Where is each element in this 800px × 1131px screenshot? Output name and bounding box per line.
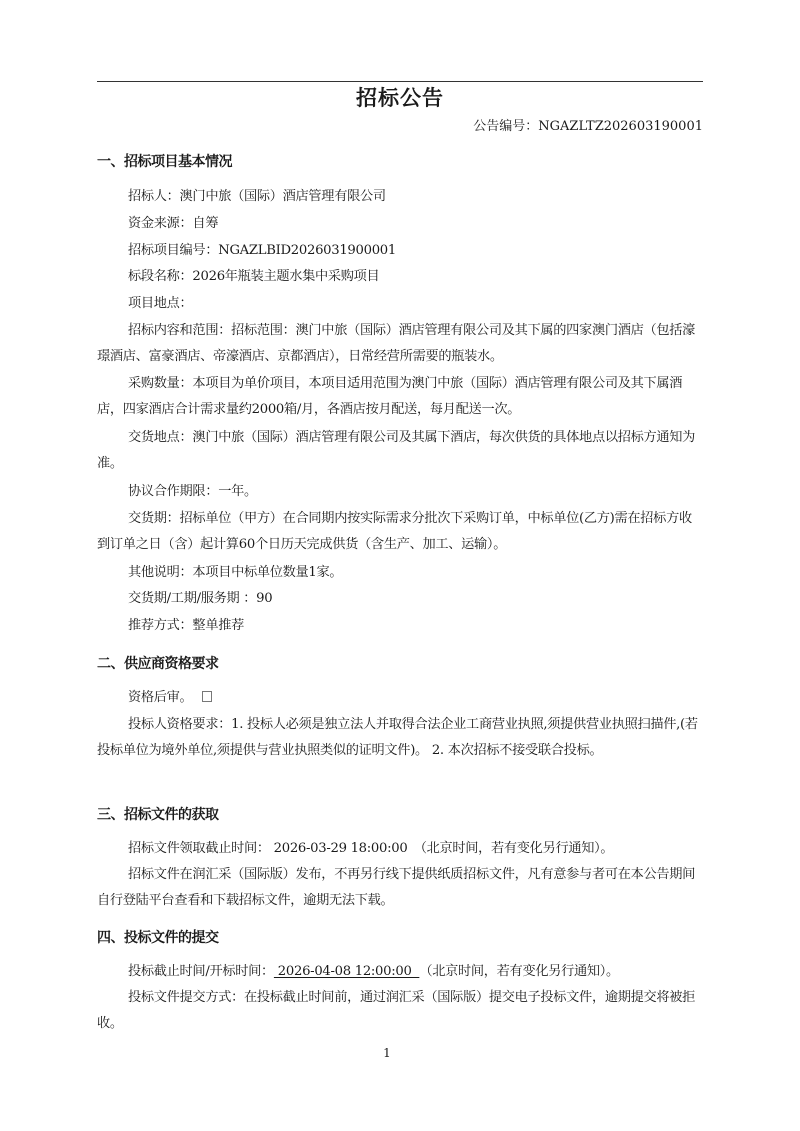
lot-name: 标段名称：2026年瓶装主题水集中采购项目: [128, 264, 703, 290]
notice-number: 公告编号：NGAZLTZ202603190001: [97, 117, 703, 137]
checkbox-icon: [202, 691, 212, 702]
bid-deadline-label: 投标截止时间/开标时间：: [128, 964, 274, 979]
recommendation-method: 推荐方式：整单推荐: [128, 613, 703, 639]
bid-deadline-value: 2026-04-08 12:00:00: [274, 964, 419, 979]
other-notes: 其他说明：本项目中标单位数量1家。: [128, 560, 703, 586]
section-heading-submission: 四、投标文件的提交: [97, 928, 219, 948]
review-mode-text: 资格后审。: [128, 690, 192, 705]
agreement-term: 协议合作期限：一年。: [128, 479, 703, 505]
delivery-location: 交货地点：澳门中旅（国际）酒店管理有限公司及其属下酒店，每次供货的具体地点以招标…: [97, 425, 703, 477]
document-publish-note: 招标文件在润汇采（国际版）发布，不再另行线下提供纸质招标文件，凡有意参与者可在本…: [97, 862, 703, 914]
submission-method: 投标文件提交方式：在投标截止时间前，通过润汇采（国际版）提交电子投标文件，逾期提…: [97, 985, 703, 1037]
purchase-quantity: 采购数量：本项目为单价项目，本项目适用范围为澳门中旅（国际）酒店管理有限公司及其…: [97, 371, 703, 423]
bid-deadline-suffix: （北京时间，若有变化另行通知）。: [419, 964, 619, 979]
section-heading-basic-info: 一、招标项目基本情况: [97, 152, 232, 172]
delivery-period: 交货期：招标单位（甲方）在合同期内按实际需求分批次下采购订单，中标单位(乙方)需…: [97, 506, 703, 558]
fund-source: 资金来源：自筹: [128, 211, 703, 237]
header-rule: [97, 81, 703, 82]
service-period: 交货期/工期/服务期 ：90: [128, 586, 703, 612]
bid-deadline: 投标截止时间/开标时间： 2026-04-08 12:00:00 （北京时间，若…: [97, 959, 703, 985]
document-title: 招标公告: [97, 84, 703, 112]
tenderer: 招标人：澳门中旅（国际）酒店管理有限公司: [128, 184, 703, 210]
page-number: 1: [0, 1044, 787, 1062]
bidder-requirements: 投标人资格要求：1. 投标人必须是独立法人并取得合法企业工商营业执照,须提供营业…: [97, 712, 703, 764]
document-deadline: 招标文件领取截止时间： 2026-03-29 18:00:00 （北京时间，若有…: [97, 836, 703, 862]
section-heading-qualifications: 二、供应商资格要求: [97, 654, 219, 674]
scope: 招标内容和范围：招标范围：澳门中旅（国际）酒店管理有限公司及其下属的四家澳门酒店…: [97, 318, 703, 370]
project-number: 招标项目编号：NGAZLBID2026031900001: [128, 238, 703, 264]
review-mode: 资格后审。: [97, 685, 703, 711]
project-location: 项目地点：: [128, 291, 703, 317]
section-heading-obtain-documents: 三、招标文件的获取: [97, 805, 219, 825]
